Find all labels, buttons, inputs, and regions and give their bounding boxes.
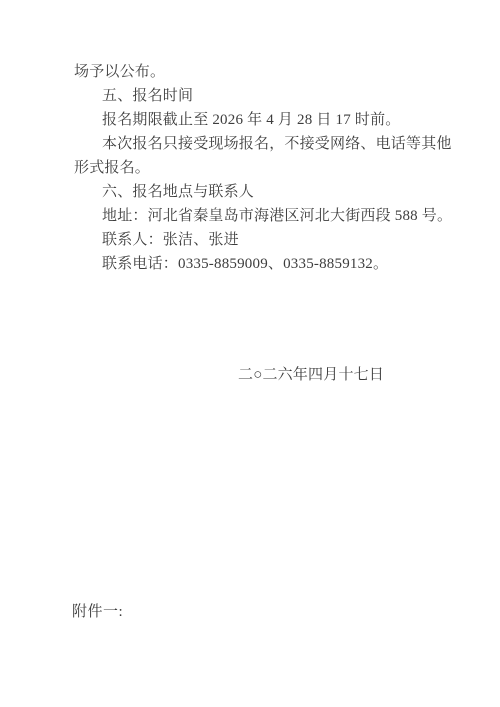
document-body: 场予以公布。 五、报名时间 报名期限截止至 2026 年 4 月 28 日 17… (74, 60, 434, 276)
section-5-heading: 五、报名时间 (74, 84, 434, 108)
document-page: 场予以公布。 五、报名时间 报名期限截止至 2026 年 4 月 28 日 17… (0, 0, 500, 707)
address-line: 地址：河北省秦皇岛市海港区河北大街西段 588 号。 (74, 204, 434, 228)
contact-phone-line: 联系电话：0335-8859009、0335-8859132。 (74, 252, 434, 276)
section-6-heading: 六、报名地点与联系人 (74, 180, 434, 204)
document-date: 二○二六年四月十七日 (238, 364, 384, 387)
paragraph-continuation-line: 场予以公布。 (74, 60, 434, 84)
contact-person-line: 联系人：张洁、张进 (74, 228, 434, 252)
deadline-line: 报名期限截止至 2026 年 4 月 28 日 17 时前。 (74, 108, 434, 132)
onsite-registration-wrap-line: 形式报名。 (74, 156, 434, 180)
onsite-registration-line: 本次报名只接受现场报名，不接受网络、电话等其他 (74, 132, 434, 156)
attachment-label: 附件一: (72, 601, 123, 624)
